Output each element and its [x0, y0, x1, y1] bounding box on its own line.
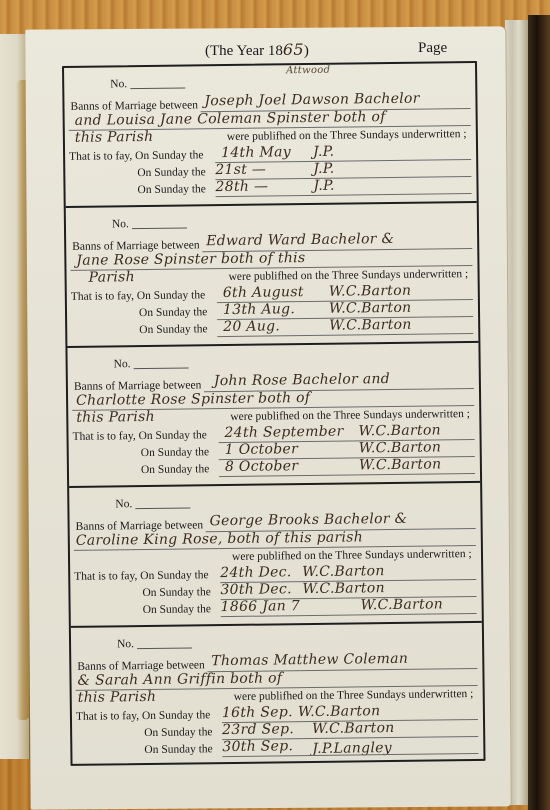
sunday-1-signature: W.C.Barton — [298, 704, 381, 719]
entry-number-label: No. — [115, 499, 132, 511]
sunday-2-label: On Sunday the — [137, 167, 205, 179]
sunday-2-date: 1 October — [225, 442, 299, 457]
sunday-1-date: 6th August — [223, 285, 304, 300]
sunday-2-signature: W.C.Barton — [359, 440, 442, 455]
sunday-2-signature: W.C.Barton — [312, 721, 395, 736]
book-cover-edge — [528, 15, 550, 810]
sunday-2-label: On Sunday the — [142, 587, 210, 599]
couple-line-3: this Parish — [78, 690, 157, 705]
sunday-3-signature: J.P. — [313, 179, 334, 193]
sunday-2-signature: W.C.Barton — [302, 581, 385, 596]
sunday-3-date: 20 Aug. — [223, 319, 280, 334]
entry-number-line — [130, 87, 185, 89]
sunday-2-signature: W.C.Barton — [329, 301, 412, 316]
sunday-1-date: 24th Dec. — [220, 565, 292, 580]
entry-annotation: Attwood — [286, 66, 330, 77]
banns-register-frame: Attwood No. Banns of Marriage between Jo… — [62, 61, 486, 766]
couple-line-1: Joseph Joel Dawson Bachelor — [204, 92, 419, 109]
sunday-3-label: On Sunday the — [144, 744, 212, 756]
sunday-2-date: 30th Dec. — [220, 582, 292, 597]
couple-line-3: Parish — [89, 270, 135, 285]
couple-line-1: Edward Ward Bachelor & — [206, 232, 394, 248]
entry-number-label: No. — [114, 359, 131, 371]
sunday-1-signature: W.C.Barton — [358, 423, 441, 438]
entry-number-label: No. — [110, 79, 127, 91]
sunday-1-signature: W.C.Barton — [302, 564, 385, 579]
entry-number-line — [134, 367, 189, 369]
published-label: were publifhed on the Three Sundays unde… — [230, 409, 470, 423]
banns-entry: No. Banns of Marriage between John Rose … — [67, 343, 480, 488]
year-handwritten: 65 — [283, 40, 304, 59]
couple-line-1: George Brooks Bachelor & — [209, 512, 407, 528]
sunday-3-date: 8 October — [225, 459, 299, 474]
couple-line-1: John Rose Bachelor and — [214, 372, 390, 388]
entry-number-label: No. — [112, 219, 129, 231]
year-label: (The Year 1865) — [205, 40, 309, 60]
sunday-1-label: That is to fay, On Sunday the — [76, 710, 210, 723]
sunday-1-date: 16th Sep. — [222, 705, 293, 720]
couple-line-1: Thomas Matthew Coleman — [211, 652, 408, 668]
couple-line-2: and Louisa Jane Coleman Spinster both of — [75, 110, 386, 128]
sunday-2-label: On Sunday the — [144, 727, 212, 739]
sunday-3-date: 28th — — [215, 179, 268, 194]
entry-number-line — [137, 647, 192, 649]
sunday-1-date: 24th September — [224, 425, 343, 440]
entry-number-label: No. — [117, 639, 134, 651]
sunday-3-signature: W.C.Barton — [359, 457, 442, 472]
sunday-2-date: 23rd Sep. — [222, 722, 294, 737]
published-label: were publifhed on the Three Sundays unde… — [234, 689, 474, 703]
sunday-1-signature: W.C.Barton — [329, 284, 412, 299]
banns-entry: No. Banns of Marriage between George Bro… — [69, 483, 482, 628]
sunday-1-label: That is to fay, On Sunday the — [69, 150, 203, 163]
couple-line-3: this Parish — [76, 410, 155, 425]
sunday-3-label: On Sunday the — [143, 604, 211, 616]
banns-entry: Attwood No. Banns of Marriage between Jo… — [64, 63, 477, 208]
sunday-1-label: That is to fay, On Sunday the — [71, 290, 205, 303]
sunday-1-label: That is to fay, On Sunday the — [72, 430, 206, 443]
entry-number-line — [132, 227, 187, 229]
couple-line-2: & Sarah Ann Griffin both of — [77, 671, 282, 688]
published-label: were publifhed on the Three Sundays unde… — [227, 129, 467, 143]
published-label: were publifhed on the Three Sundays unde… — [229, 269, 469, 283]
page-number-label: Page — [418, 40, 447, 57]
sunday-2-label: On Sunday the — [139, 307, 207, 319]
entry-number-line — [135, 507, 190, 509]
couple-line-2: Caroline King Rose, both of this parish — [76, 530, 363, 548]
sunday-3-label: On Sunday the — [141, 464, 209, 476]
published-label: were publifhed on the Three Sundays unde… — [232, 549, 472, 563]
sunday-3-signature: W.C.Barton — [329, 318, 412, 333]
sunday-3-label: On Sunday the — [139, 324, 207, 336]
couple-line-2: Jane Rose Spinster both of this — [76, 251, 305, 268]
sunday-1-label: That is to fay, On Sunday the — [74, 570, 208, 583]
sunday-1-signature: J.P. — [313, 145, 334, 159]
sunday-2-date: 21st — — [215, 163, 266, 178]
sunday-2-date: 13th Aug. — [223, 302, 295, 317]
sunday-1-date: 14th May — [221, 145, 291, 160]
sunday-3-label: On Sunday the — [137, 184, 205, 196]
banns-entry: No. Banns of Marriage between Edward War… — [66, 203, 479, 348]
sunday-3-signature: W.C.Barton — [361, 597, 444, 612]
banns-entry: No. Banns of Marriage between Thomas Mat… — [71, 623, 484, 768]
sunday-3-date: 1866 Jan 7 — [221, 599, 301, 614]
sunday-3-date: 30th Sep. — [222, 739, 293, 754]
sunday-2-signature: J.P. — [313, 162, 334, 176]
couple-line-3: this Parish — [75, 130, 154, 145]
sunday-2-label: On Sunday the — [141, 447, 209, 459]
page-header: (The Year 1865) Page — [180, 40, 480, 60]
couple-line-2: Charlotte Rose Spinster both of — [76, 391, 310, 408]
